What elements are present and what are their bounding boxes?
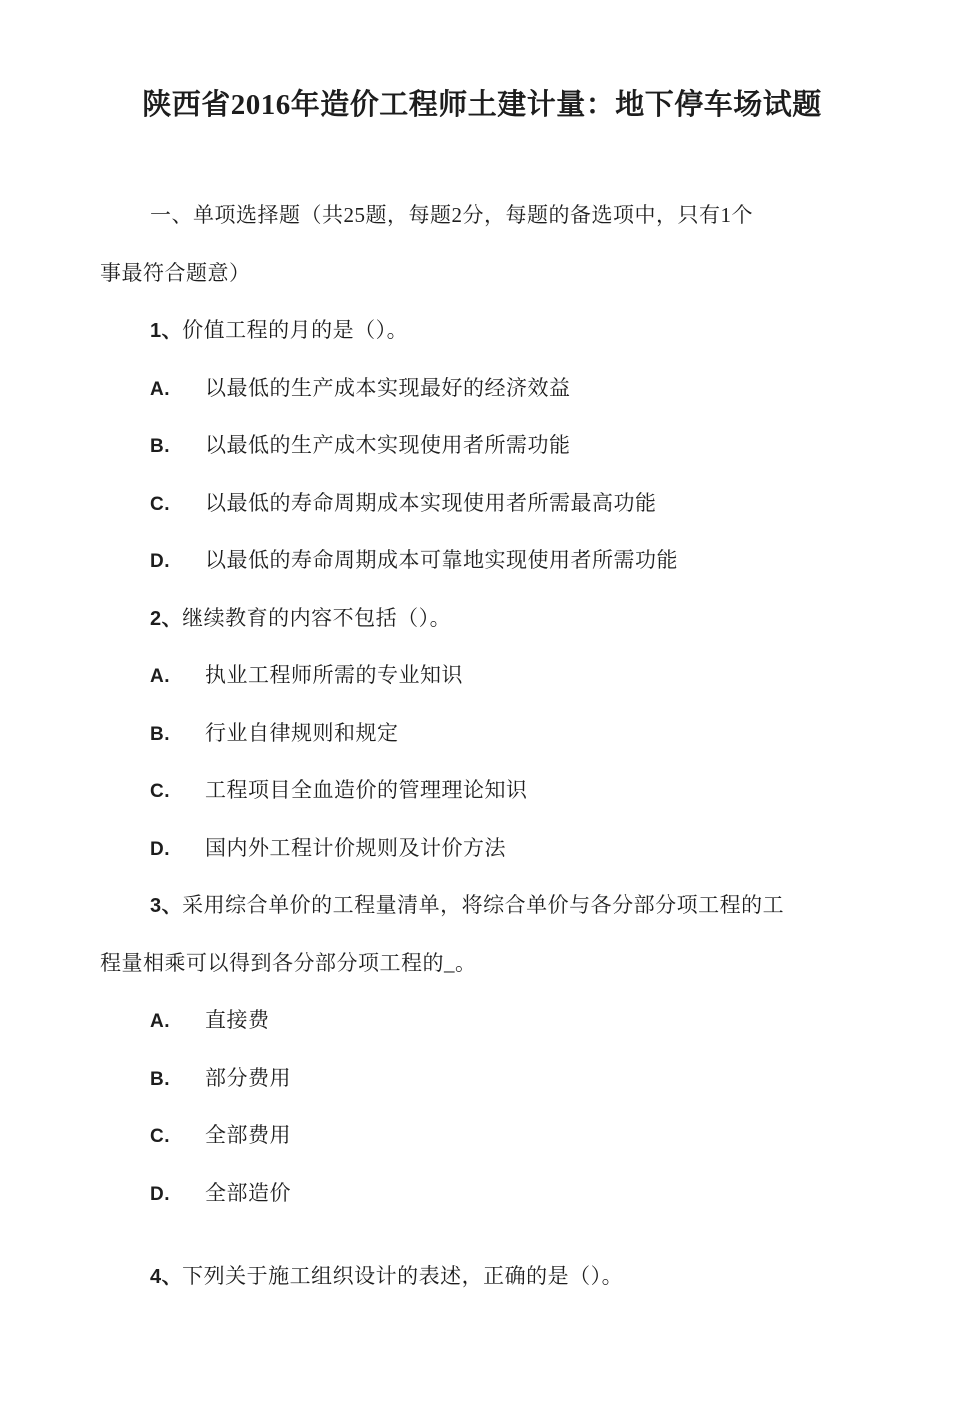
intro-line-1: 一、单项选择题（共25题，每题2分，每题的备选项中，只有1个 bbox=[100, 187, 904, 245]
question-number: 2、 bbox=[150, 608, 182, 630]
document-body: 一、单项选择题（共25题，每题2分，每题的备选项中，只有1个 事最符合题意） 1… bbox=[100, 187, 904, 1306]
option-text: 部分费用 bbox=[205, 1066, 291, 1090]
option-row: D.以最低的寿命周期成本可靠地实现使用者所需功能 bbox=[100, 532, 904, 590]
question-stem-continuation: 程量相乘可以得到各分部分项工程的_。 bbox=[100, 935, 904, 993]
option-text: 执业工程师所需的专业知识 bbox=[205, 663, 463, 687]
option-row: C.全部费用 bbox=[100, 1107, 904, 1165]
option-text: 直接费 bbox=[205, 1008, 270, 1032]
option-text: 全部造价 bbox=[205, 1181, 291, 1205]
option-text: 全部费用 bbox=[205, 1123, 291, 1147]
option-row: A.直接费 bbox=[100, 992, 904, 1050]
question-text: 价值工程的月的是（）。 bbox=[182, 318, 408, 342]
option-letter: D. bbox=[150, 1166, 205, 1224]
option-row: A.以最低的生产成本实现最好的经济效益 bbox=[100, 360, 904, 418]
question-stem: 1、价值工程的月的是（）。 bbox=[100, 302, 904, 360]
option-row: C.以最低的寿命周期成本实现使用者所需最高功能 bbox=[100, 475, 904, 533]
option-letter: B. bbox=[150, 418, 205, 476]
question-stem: 2、继续教育的内容不包括（）。 bbox=[100, 590, 904, 648]
option-row: D.国内外工程计价规则及计价方法 bbox=[100, 820, 904, 878]
question-number: 1、 bbox=[150, 320, 182, 342]
option-letter: B. bbox=[150, 706, 205, 764]
option-letter: C. bbox=[150, 763, 205, 821]
question-1: 1、价值工程的月的是（）。 A.以最低的生产成本实现最好的经济效益 B.以最低的… bbox=[100, 302, 904, 590]
question-2: 2、继续教育的内容不包括（）。 A.执业工程师所需的专业知识 B.行业自律规则和… bbox=[100, 590, 904, 878]
option-letter: A. bbox=[150, 993, 205, 1051]
document-page: 陕西省2016年造价工程师土建计量：地下停车场试题 一、单项选择题（共25题，每… bbox=[0, 0, 964, 1412]
question-3: 3、采用综合单价的工程量清单，将综合单价与各分部分项工程的工 程量相乘可以得到各… bbox=[100, 877, 904, 1222]
option-row: B.以最低的生产成木实现使用者所需功能 bbox=[100, 417, 904, 475]
intro-line-2: 事最符合题意） bbox=[100, 245, 904, 303]
option-row: B.行业自律规则和规定 bbox=[100, 705, 904, 763]
question-stem: 4、下列关于施工组织设计的表述，正确的是（）。 bbox=[100, 1248, 904, 1306]
page-title: 陕西省2016年造价工程师土建计量：地下停车场试题 bbox=[0, 82, 964, 123]
option-text: 行业自律规则和规定 bbox=[205, 721, 399, 745]
option-letter: C. bbox=[150, 1108, 205, 1166]
question-text: 采用综合单价的工程量清单，将综合单价与各分部分项工程的工 bbox=[182, 893, 784, 917]
question-stem: 3、采用综合单价的工程量清单，将综合单价与各分部分项工程的工 bbox=[100, 877, 904, 935]
option-text: 以最低的寿命周期成本实现使用者所需最高功能 bbox=[205, 491, 657, 515]
question-number: 4、 bbox=[150, 1266, 182, 1288]
option-row: B.部分费用 bbox=[100, 1050, 904, 1108]
option-letter: A. bbox=[150, 648, 205, 706]
option-text: 工程项目全血造价的管理理论知识 bbox=[205, 778, 528, 802]
question-text: 继续教育的内容不包括（）。 bbox=[182, 606, 451, 630]
option-text: 以最低的生产成木实现使用者所需功能 bbox=[205, 433, 571, 457]
option-letter: B. bbox=[150, 1051, 205, 1109]
question-number: 3、 bbox=[150, 895, 182, 917]
option-letter: D. bbox=[150, 821, 205, 879]
question-text: 下列关于施工组织设计的表述，正确的是（）。 bbox=[182, 1264, 623, 1288]
question-4: 4、下列关于施工组织设计的表述，正确的是（）。 bbox=[100, 1248, 904, 1306]
option-letter: A. bbox=[150, 361, 205, 419]
option-letter: C. bbox=[150, 476, 205, 534]
option-text: 国内外工程计价规则及计价方法 bbox=[205, 836, 506, 860]
option-text: 以最低的生产成本实现最好的经济效益 bbox=[205, 376, 571, 400]
option-row: D.全部造价 bbox=[100, 1165, 904, 1223]
option-letter: D. bbox=[150, 533, 205, 591]
option-row: A.执业工程师所需的专业知识 bbox=[100, 647, 904, 705]
option-row: C.工程项目全血造价的管理理论知识 bbox=[100, 762, 904, 820]
option-text: 以最低的寿命周期成本可靠地实现使用者所需功能 bbox=[205, 548, 678, 572]
